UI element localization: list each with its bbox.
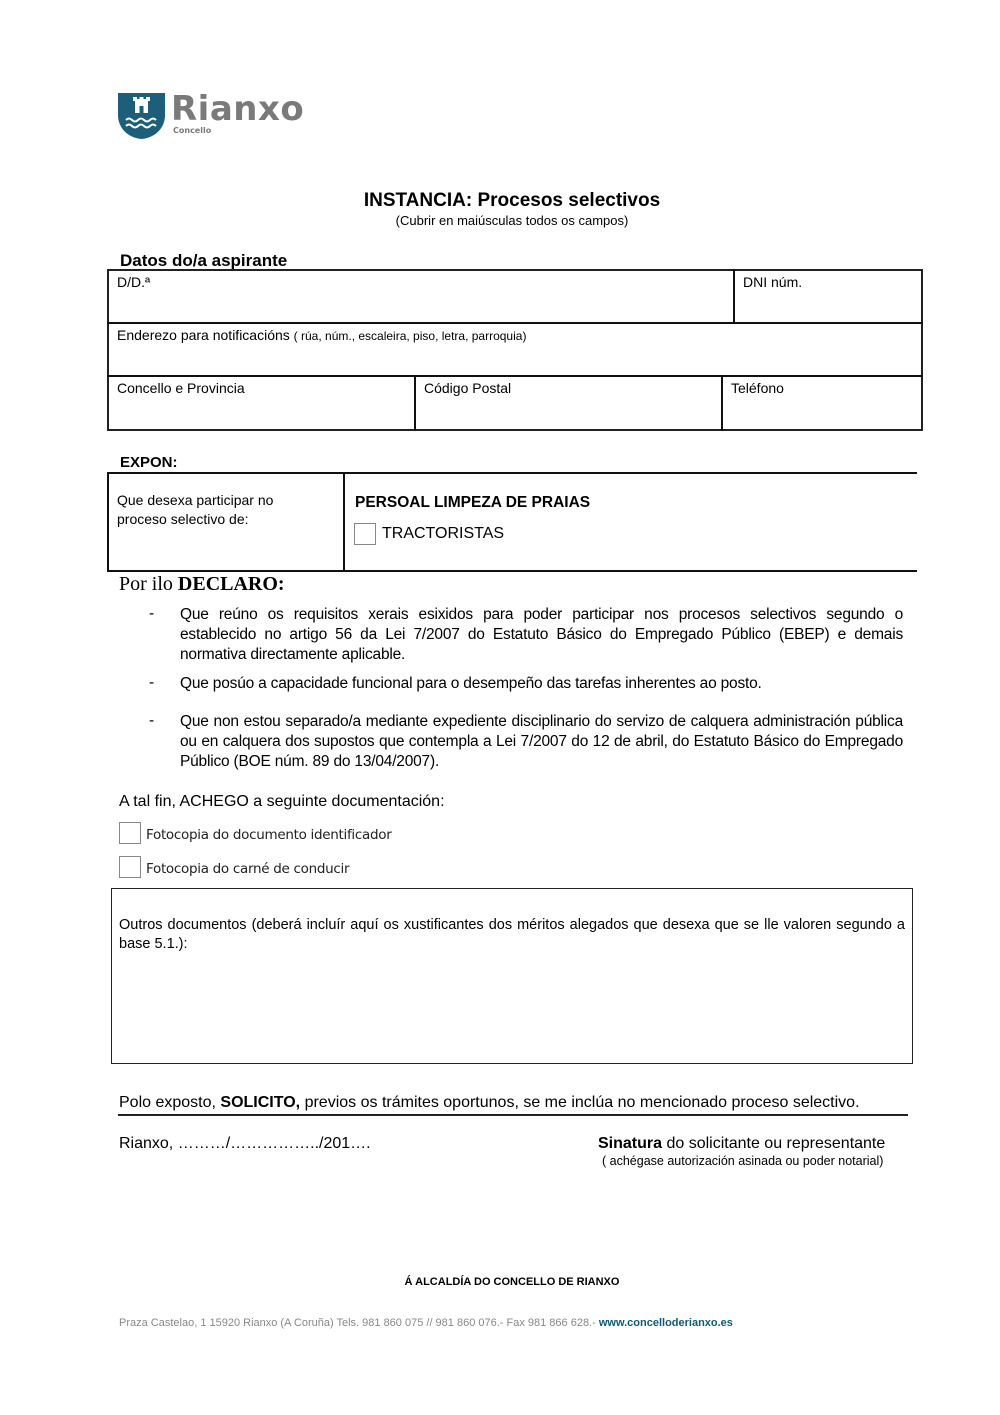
enderezo-field[interactable]: Enderezo para notificacións ( rúa, núm.,… [109, 324, 921, 375]
telefono-field[interactable]: Teléfono [723, 377, 921, 429]
concello-label: Concello e Provincia [117, 380, 245, 396]
date-field[interactable]: Rianxo, ………/……………../201…. [119, 1135, 371, 1153]
logo-subtitle: Concello [173, 126, 211, 135]
declaration-item: Que posúo a capacidade funcional para o … [180, 674, 903, 694]
declaro-heading: Por ilo DECLARO: [119, 573, 285, 596]
page-title: INSTANCIA: Procesos selectivos [0, 190, 1000, 212]
enderezo-hint: ( rúa, núm., escaleira, piso, letra, par… [294, 329, 527, 343]
dni-field[interactable]: DNI núm. [735, 271, 921, 322]
solicito-underline [118, 1114, 908, 1116]
expon-bottom-border [107, 570, 917, 572]
outros-documentos-field[interactable] [111, 888, 913, 1064]
list-bullet: - [149, 712, 154, 730]
nome-field[interactable]: D/D.ª [109, 271, 733, 322]
list-bullet: - [149, 605, 154, 623]
outros-documentos-label: Outros documentos (deberá incluír aquí o… [119, 916, 905, 954]
solicito-statement: Polo exposto, SOLICITO, previos os trámi… [119, 1094, 860, 1112]
page-subtitle: (Cubrir en maiúsculas todos os campos) [0, 213, 1000, 228]
carne-conducir-label: Fotocopia do carné de conducir [146, 861, 349, 877]
carne-conducir-checkbox[interactable] [119, 856, 141, 878]
signature-note: ( achégase autorización asinada ou poder… [602, 1154, 883, 1168]
expon-left-border [107, 472, 109, 572]
tractoristas-checkbox[interactable] [354, 523, 376, 545]
castle-waves-shield-icon [118, 93, 165, 139]
expon-top-border [107, 472, 917, 474]
signature-label: Sinatura do solicitante ou representante [598, 1135, 885, 1153]
footer-address: Praza Castelao, 1 15920 Rianxo (A Coruña… [119, 1317, 733, 1329]
expon-description: Que desexa participar no proceso selecti… [117, 491, 273, 529]
expon-col-divider [343, 472, 345, 572]
enderezo-label: Enderezo para notificacións ( rúa, núm.,… [117, 327, 526, 343]
concello-field[interactable]: Concello e Provincia [109, 377, 414, 429]
achego-heading: A tal fin, ACHEGO a seguinte documentaci… [119, 793, 445, 811]
declaration-item: Que reúno os requisitos xerais esixidos … [180, 605, 903, 665]
logo-brand: Rianxo [171, 89, 304, 129]
process-title: PERSOAL LIMPEZA DE PRAIAS [355, 494, 590, 512]
addressee: Á ALCALDÍA DO CONCELLO DE RIANXO [0, 1276, 1000, 1288]
datos-heading: Datos do/a aspirante [120, 251, 287, 271]
website-link[interactable]: www.concelloderianxo.es [599, 1317, 733, 1329]
doc-identificador-label: Fotocopia do documento identificador [146, 827, 391, 843]
codigo-postal-label: Código Postal [424, 380, 511, 396]
nome-label: D/D.ª [117, 274, 150, 290]
doc-identificador-checkbox[interactable] [119, 822, 141, 844]
codigo-postal-field[interactable]: Código Postal [416, 377, 721, 429]
declaration-item: Que non estou separado/a mediante expedi… [180, 712, 903, 772]
tractoristas-label: TRACTORISTAS [382, 525, 504, 543]
concello-logo: Rianxo Concello [118, 93, 328, 141]
list-bullet: - [149, 674, 154, 692]
telefono-label: Teléfono [731, 380, 784, 396]
dni-label: DNI núm. [743, 274, 802, 290]
expon-heading: EXPON: [120, 454, 178, 471]
